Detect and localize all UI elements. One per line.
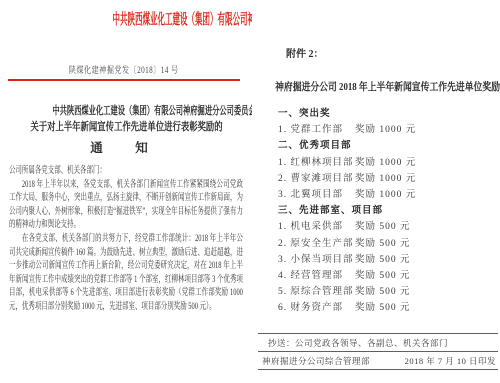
award-amount: 奖励 500 元 — [355, 252, 411, 268]
scanned-document-spread: { "left_page": { "accent_color": "#dd241… — [0, 0, 500, 383]
cc-line: 抄送：公司党政各领导、各副总、机关各部门 — [258, 334, 498, 351]
award-amount: 奖励 1000 元 — [355, 122, 416, 138]
award-row: 4. 经营管理部奖励 500 元 — [278, 268, 494, 284]
award-amount: 奖励 500 元 — [355, 236, 411, 252]
award-unit-name: 3. 小保当项目部 — [278, 252, 355, 268]
award-amount: 奖励 1000 元 — [355, 171, 416, 187]
body-paragraph-1: 2018 年上半年以来，各党支部、机关各部门新闻宣传工作紧紧围绕公司党政工作大局… — [9, 179, 243, 233]
award-section-heading: 一、突出奖 — [278, 106, 494, 122]
award-row: 2. 曹家滩项目部奖励 1000 元 — [278, 171, 494, 187]
award-row: 1. 党群工作部奖励 1000 元 — [278, 122, 494, 138]
award-row: 5. 原综合管理部奖励 500 元 — [278, 284, 494, 300]
body-paragraph-2: 在各党支部、机关各部门的共努力下，经党群工作部统计：2018 年上半年公司共完成… — [9, 233, 243, 315]
award-unit-name: 6. 财务资产部 — [278, 300, 355, 316]
award-row: 1. 机电采供部奖励 500 元 — [278, 219, 494, 235]
attachment-page: 附件 2： 神府掘进分公司 2018 年上半年新闻宣传工作先进单位奖励明细 一、… — [252, 0, 500, 383]
award-list: 一、突出奖1. 党群工作部奖励 1000 元二、优秀项目部1. 红柳林项目部奖励… — [278, 106, 494, 316]
notice-title-line3: 通 知 — [0, 140, 248, 156]
award-amount: 奖励 500 元 — [355, 300, 411, 316]
award-unit-name: 2. 原安全生产部 — [278, 236, 355, 252]
award-unit-name: 1. 机电采供部 — [278, 219, 355, 235]
document-number-text: 陕煤化建神掘党发〔2018〕14 号 — [69, 63, 179, 76]
notice-title-line1: 中共陕西煤业化工建设（集团）有限公司神府掘进分公司委员会 — [0, 103, 248, 119]
award-amount: 奖励 1000 元 — [355, 155, 416, 171]
award-unit-name: 1. 红柳林项目部 — [278, 155, 355, 171]
notice-page: 中共陕西煤业化工建设（集团）有限公司神府掘进分公司委员会文件 陕煤化建神掘党发〔… — [0, 0, 248, 383]
red-header-banner: 中共陕西煤业化工建设（集团）有限公司神府掘进分公司委员会文件 — [0, 8, 248, 29]
notice-title: 中共陕西煤业化工建设（集团）有限公司神府掘进分公司委员会 关于对上半年新闻宣传工… — [0, 103, 248, 156]
award-unit-name: 4. 经营管理部 — [278, 268, 355, 284]
notice-title-line2: 关于对上半年新闻宣传工作先进单位进行表彰奖励的 — [0, 119, 248, 135]
award-row: 3. 小保当项目部奖励 500 元 — [278, 252, 494, 268]
award-row: 2. 原安全生产部奖励 500 元 — [278, 236, 494, 252]
page-footer: 抄送：公司党政各领导、各副总、机关各部门 神府掘进分公司综合管理部 2018 年… — [258, 333, 498, 370]
award-row: 3. 北翼项目部奖励 1000 元 — [278, 187, 494, 203]
attachment-title: 神府掘进分公司 2018 年上半年新闻宣传工作先进单位奖励明细 — [252, 79, 500, 94]
notice-body: 公司所属各党支部、机关各部门： 2018 年上半年以来，各党支部、机关各部门新闻… — [9, 165, 243, 315]
award-row: 6. 财务资产部奖励 500 元 — [278, 300, 494, 316]
award-amount: 奖励 500 元 — [355, 284, 411, 300]
salutation: 公司所属各党支部、机关各部门： — [9, 165, 243, 179]
footer-divider-bottom — [258, 369, 498, 370]
attachment-label: 附件 2： — [286, 45, 324, 60]
award-row: 1. 红柳林项目部奖励 1000 元 — [278, 155, 494, 171]
award-amount: 奖励 1000 元 — [355, 187, 416, 203]
award-unit-name: 2. 曹家滩项目部 — [278, 171, 355, 187]
award-amount: 奖励 500 元 — [355, 219, 411, 235]
award-amount: 奖励 500 元 — [355, 268, 411, 284]
award-unit-name: 5. 原综合管理部 — [278, 284, 355, 300]
print-date: 2018 年 7 月 10 日印发 — [405, 355, 496, 367]
award-unit-name: 3. 北翼项目部 — [278, 187, 355, 203]
document-number: 陕煤化建神掘党发〔2018〕14 号 — [0, 63, 248, 76]
issuer-row: 神府掘进分公司综合管理部 2018 年 7 月 10 日印发 — [258, 352, 498, 369]
award-unit-name: 1. 党群工作部 — [278, 122, 355, 138]
award-section-heading: 二、优秀项目部 — [278, 138, 494, 154]
issuer-name: 神府掘进分公司综合管理部 — [262, 355, 370, 367]
red-divider-line — [8, 79, 240, 81]
award-section-heading: 三、先进部室、项目部 — [278, 203, 494, 219]
